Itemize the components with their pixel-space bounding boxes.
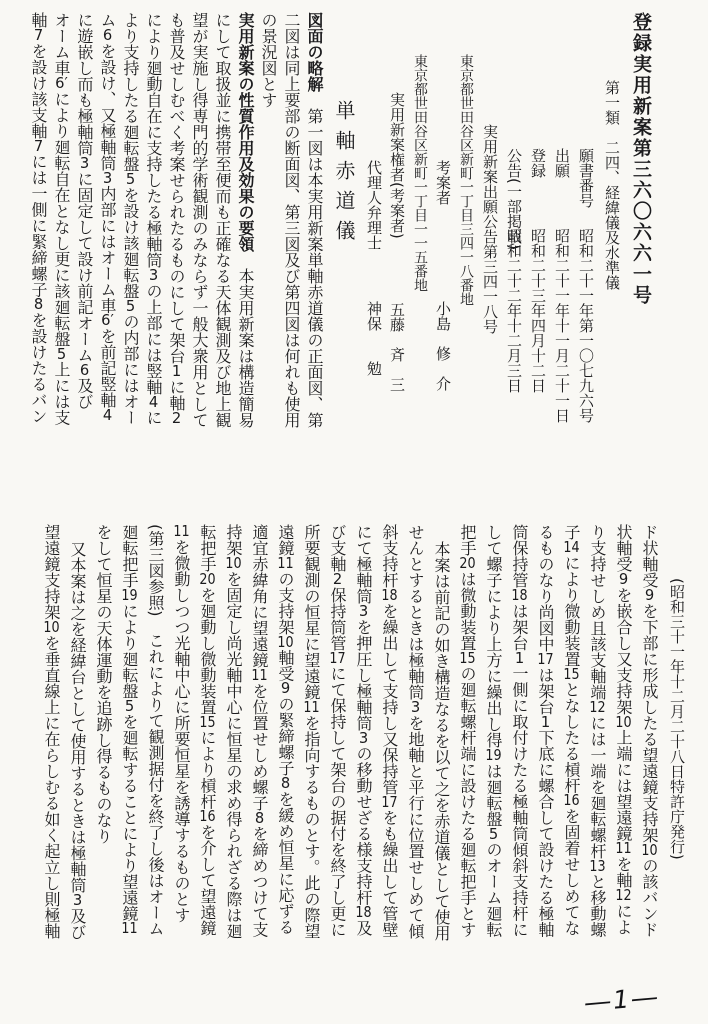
text-column: 11を微動しつつ光軸中心に所要恒星を誘導するものとす [168,524,194,1018]
ref-numeral: 11 [303,700,320,715]
registration-number: 登録実用新案第三六〇六六一号 [626,12,656,496]
inventor-address: 東京都世田谷区新町一丁目三四一八番地 [454,12,477,496]
text-column: の景況図とす [257,12,280,496]
text-column: 把手20は微動装置15の廻転螺杆端に設けたる廻転把手とす [454,524,480,1018]
ref-numeral: 9 [641,588,658,603]
text-column: び支軸2保持筒管17にて保持して架台の据付を終了し更に [324,524,350,1018]
header-row-filing-date: 出願昭和二十一年十一月二十一日 [550,12,574,496]
ref-numeral: 12 [589,700,606,715]
ref-numeral: 6′ [53,76,70,91]
ref-numeral: 10 [615,715,632,730]
owner-label: 実用新案権者(考案者) [385,52,408,302]
text-column: より支持したる廻転盤5を設け該廻転盤5の内部にはオー [119,12,142,496]
agent-name: 神保 勉 [365,301,383,376]
section-heading: 図面の略解 [305,12,324,92]
text-column: 望遠鏡支持架10を垂直線上に在らしむる如く起立し則極軸 [38,524,64,1018]
header-row-publication-date: 公告(一部掲載)昭和二十二年十二月三日 [502,12,526,496]
text-column: ド状軸受9を下部に形成したる望遠鏡支持架10の該バンド [636,524,662,1018]
top-half: 登録実用新案第三六〇六六一号 第一類 二四、経緯儀及水準儀 願書番号昭和二十一年… [27,12,656,496]
ref-numeral: 11 [615,841,632,856]
agent-row: 代理人弁理士神保 勉 [362,12,385,496]
ref-numeral: 8 [30,297,47,312]
ref-numeral: 5 [485,827,502,842]
inventor-label: 考案者 [431,86,454,301]
owner-name: 五藤 斉 三 [388,302,406,392]
text-column: ム6を設け、又極軸筒3内部にはオーム車6′を前記竪軸4 [96,12,119,496]
classification-line: 第一類 二四、経緯儀及水準儀 [598,12,626,496]
ref-numeral: 16 [563,793,580,808]
publication-number: 実用新案出願公告第三四一八号 [477,12,502,496]
ref-numeral: 11 [173,524,190,539]
invention-title: 単軸赤道儀 [326,12,362,496]
ref-numeral: 3 [355,604,372,619]
agent-label: 代理人弁理士 [362,86,385,301]
ref-numeral: 11 [277,556,294,571]
ref-numeral: 5 [121,699,138,714]
ref-numeral: 7 [30,139,47,154]
ref-numeral: 10 [277,635,294,650]
ref-numeral: 6 [76,363,93,378]
header-row-application-doc-number: 願書番号昭和二十一年第一〇七九六号 [574,12,598,496]
ref-numeral: 18 [381,588,398,603]
text-column: して螺子により上方に繰出し得19は廻転盤5のオーム廻転 [480,524,506,1018]
field-label: 登録 [526,80,550,228]
text-column: 実用新案の性質作用及効果の要領 本実用新案は構造簡易 [234,12,257,496]
section-heading: 実用新案の性質作用及効果の要領 [236,12,255,252]
text-column: 適宜赤緯角に望遠鏡11を位置せしめ螺子8を締めつけて支 [246,524,272,1018]
ref-numeral: 8 [251,811,268,826]
text-column: オーム車6′により廻転自在となし更に該廻転盤5上には支 [50,12,73,496]
text-column: 軸7を設け該支軸7には一側に緊締螺子8を設けたるバン [27,12,50,496]
owner-row: 実用新案権者(考案者)五藤 斉 三 [385,12,408,496]
ref-numeral: 3 [76,156,93,171]
field-value: 昭和二十一年十一月二十一日 [553,228,571,423]
text-column: 廻転把手19により廻転盤5を廻転することにより望遠鏡11 [116,524,142,1018]
ref-numeral: 20 [199,572,216,587]
ref-numeral: 16 [199,809,216,824]
ref-numeral: 4 [99,408,116,423]
ref-numeral: 17 [329,651,346,666]
ref-numeral: 8 [277,776,294,791]
ref-numeral: 15 [563,667,580,682]
text-column: せんとするときは極軸筒3を地軸と平行に位置せしめて傾 [402,524,428,1018]
ref-numeral: 9 [615,572,632,587]
text-column: (第三図参照) これによりて観測据付を終了し後はオーム [142,524,168,1018]
text-column: るものなり尚図中17は架台1下底に螺合して設けたる極軸 [532,524,558,1018]
text-column: に遊嵌し而も極軸筒3に固定して設け前記オーム6及び [73,12,96,496]
ref-numeral: 7 [30,28,47,43]
ref-numeral: 11 [121,921,138,936]
ref-numeral: 17 [381,795,398,810]
text-column: 斜支持杆18を繰出して支持し又保持管17をも繰出して管壁 [376,524,402,1018]
ref-numeral: 3 [145,268,162,283]
issue-note: (昭和三十一年十二月二十八日特許庁発行) [662,524,692,1018]
ref-numeral: 15 [199,715,216,730]
ref-numeral: 5 [53,347,70,362]
ref-numeral: 10 [43,620,60,635]
ref-numeral: 15 [459,651,476,666]
text-column: 望が実施し得専門的学術観測のみならず一般大衆用として [188,12,211,496]
ref-numeral: 17 [537,652,554,667]
ref-numeral: 9 [277,681,294,696]
field-label: 願書番号 [574,80,598,228]
text-column: にて極軸筒3を押圧し極軸筒3の移動せざる様支持杆18及 [350,524,376,1018]
ref-numeral: 11 [251,668,268,683]
text-column: り支持せしめ且該支軸端12には一端を廻転螺杆13と移動螺 [584,524,610,1018]
ref-numeral: 3 [69,893,86,908]
header-row-registration-date: 登録昭和二十三年四月十二日 [526,12,550,496]
ref-numeral: 1 [168,364,185,379]
text-column: も普及せしむべく考案せられたるものにして架台1に軸2 [165,12,188,496]
ref-numeral: 2 [329,572,346,587]
ref-numeral: 10 [641,843,658,858]
field-value: 昭和二十一年第一〇七九六号 [577,228,595,423]
ref-numeral: 19 [485,748,502,763]
text-column: 筒保持管18は架台1一側に取付けたる極軸筒傾斜支持杆に [506,524,532,1018]
ref-numeral: 4 [145,395,162,410]
ref-numeral: 1 [511,651,528,666]
ref-numeral: 14 [563,540,580,555]
ref-numeral: 12 [615,888,632,903]
ref-numeral: 3 [99,171,116,186]
inventor-row: 考案者小島 修 介 [431,12,454,496]
text-column: をして恒星の天体運動を追跡し得るものなり [90,524,116,1018]
text-column: 子14により微動装置15となしたる槓杆16を固着せしめてな [558,524,584,1018]
ref-numeral: 6′ [99,313,116,328]
ref-numeral: 18 [511,588,528,603]
field-label: 出願 [550,80,574,228]
text-column: 本案は前記の如き構造なるを以て之を赤道儀として使用 [428,524,454,1018]
text-column: にして取扱並に携帯至便而も正確なる天体観測及び地上観 [211,12,234,496]
ref-numeral: 3 [407,700,424,715]
ref-numeral: 19 [121,588,138,603]
ref-numeral: 2 [168,411,185,426]
bottom-half: (昭和三十一年十二月二十八日特許庁発行) ド状軸受9を下部に形成したる望遠鏡支持… [38,524,692,1018]
text-column: 図面の略解 第一図は本実用新案単軸赤道儀の正面図、第 [303,12,326,496]
ref-numeral: 13 [589,859,606,874]
ref-numeral: 10 [225,556,242,571]
text-column: 又本案は之を経緯台として使用するときは極軸筒3及び [64,524,90,1018]
ref-numeral: 5 [122,172,139,187]
patent-document-page: 登録実用新案第三六〇六六一号 第一類 二四、経緯儀及水準儀 願書番号昭和二十一年… [0,0,708,1024]
ref-numeral: 6 [99,28,116,43]
ref-numeral: 5 [122,299,139,314]
ref-numeral: 18 [355,905,372,920]
text-column: により廻動自在に支持したる極軸筒3の上部には竪軸4に [142,12,165,496]
text-column: 状軸受9を嵌合し又支持架10上端には望遠鏡11を軸12によ [610,524,636,1018]
text-column: 所要観測の恒星に望遠鏡11を指向するものとす。此の際望 [298,524,324,1018]
ref-numeral: 3 [355,731,372,746]
field-value: 昭和二十二年十二月三日 [505,228,523,393]
field-value: 昭和二十三年四月十二日 [529,228,547,393]
text-column: 転把手20を廻動し微動装置15により槓杆16を介して望遠鏡 [194,524,220,1018]
text-column: 持架10を固定し尚光軸中心に恒星の求め得られざる際は廻 [220,524,246,1018]
inventor-name: 小島 修 介 [434,301,452,391]
field-label: 公告(一部掲載) [502,80,526,228]
text-column: 二図は同上要部の断面図、第三図及び第四図は何れも使用 [280,12,303,496]
ref-numeral: 1 [537,715,554,730]
owner-address: 東京都世田谷区新町一丁目一一五番地 [408,12,431,496]
text-column: 遠鏡11の支持架10軸受9の緊締螺子8を緩め恒星に応ずる [272,524,298,1018]
ref-numeral: 20 [459,556,476,571]
